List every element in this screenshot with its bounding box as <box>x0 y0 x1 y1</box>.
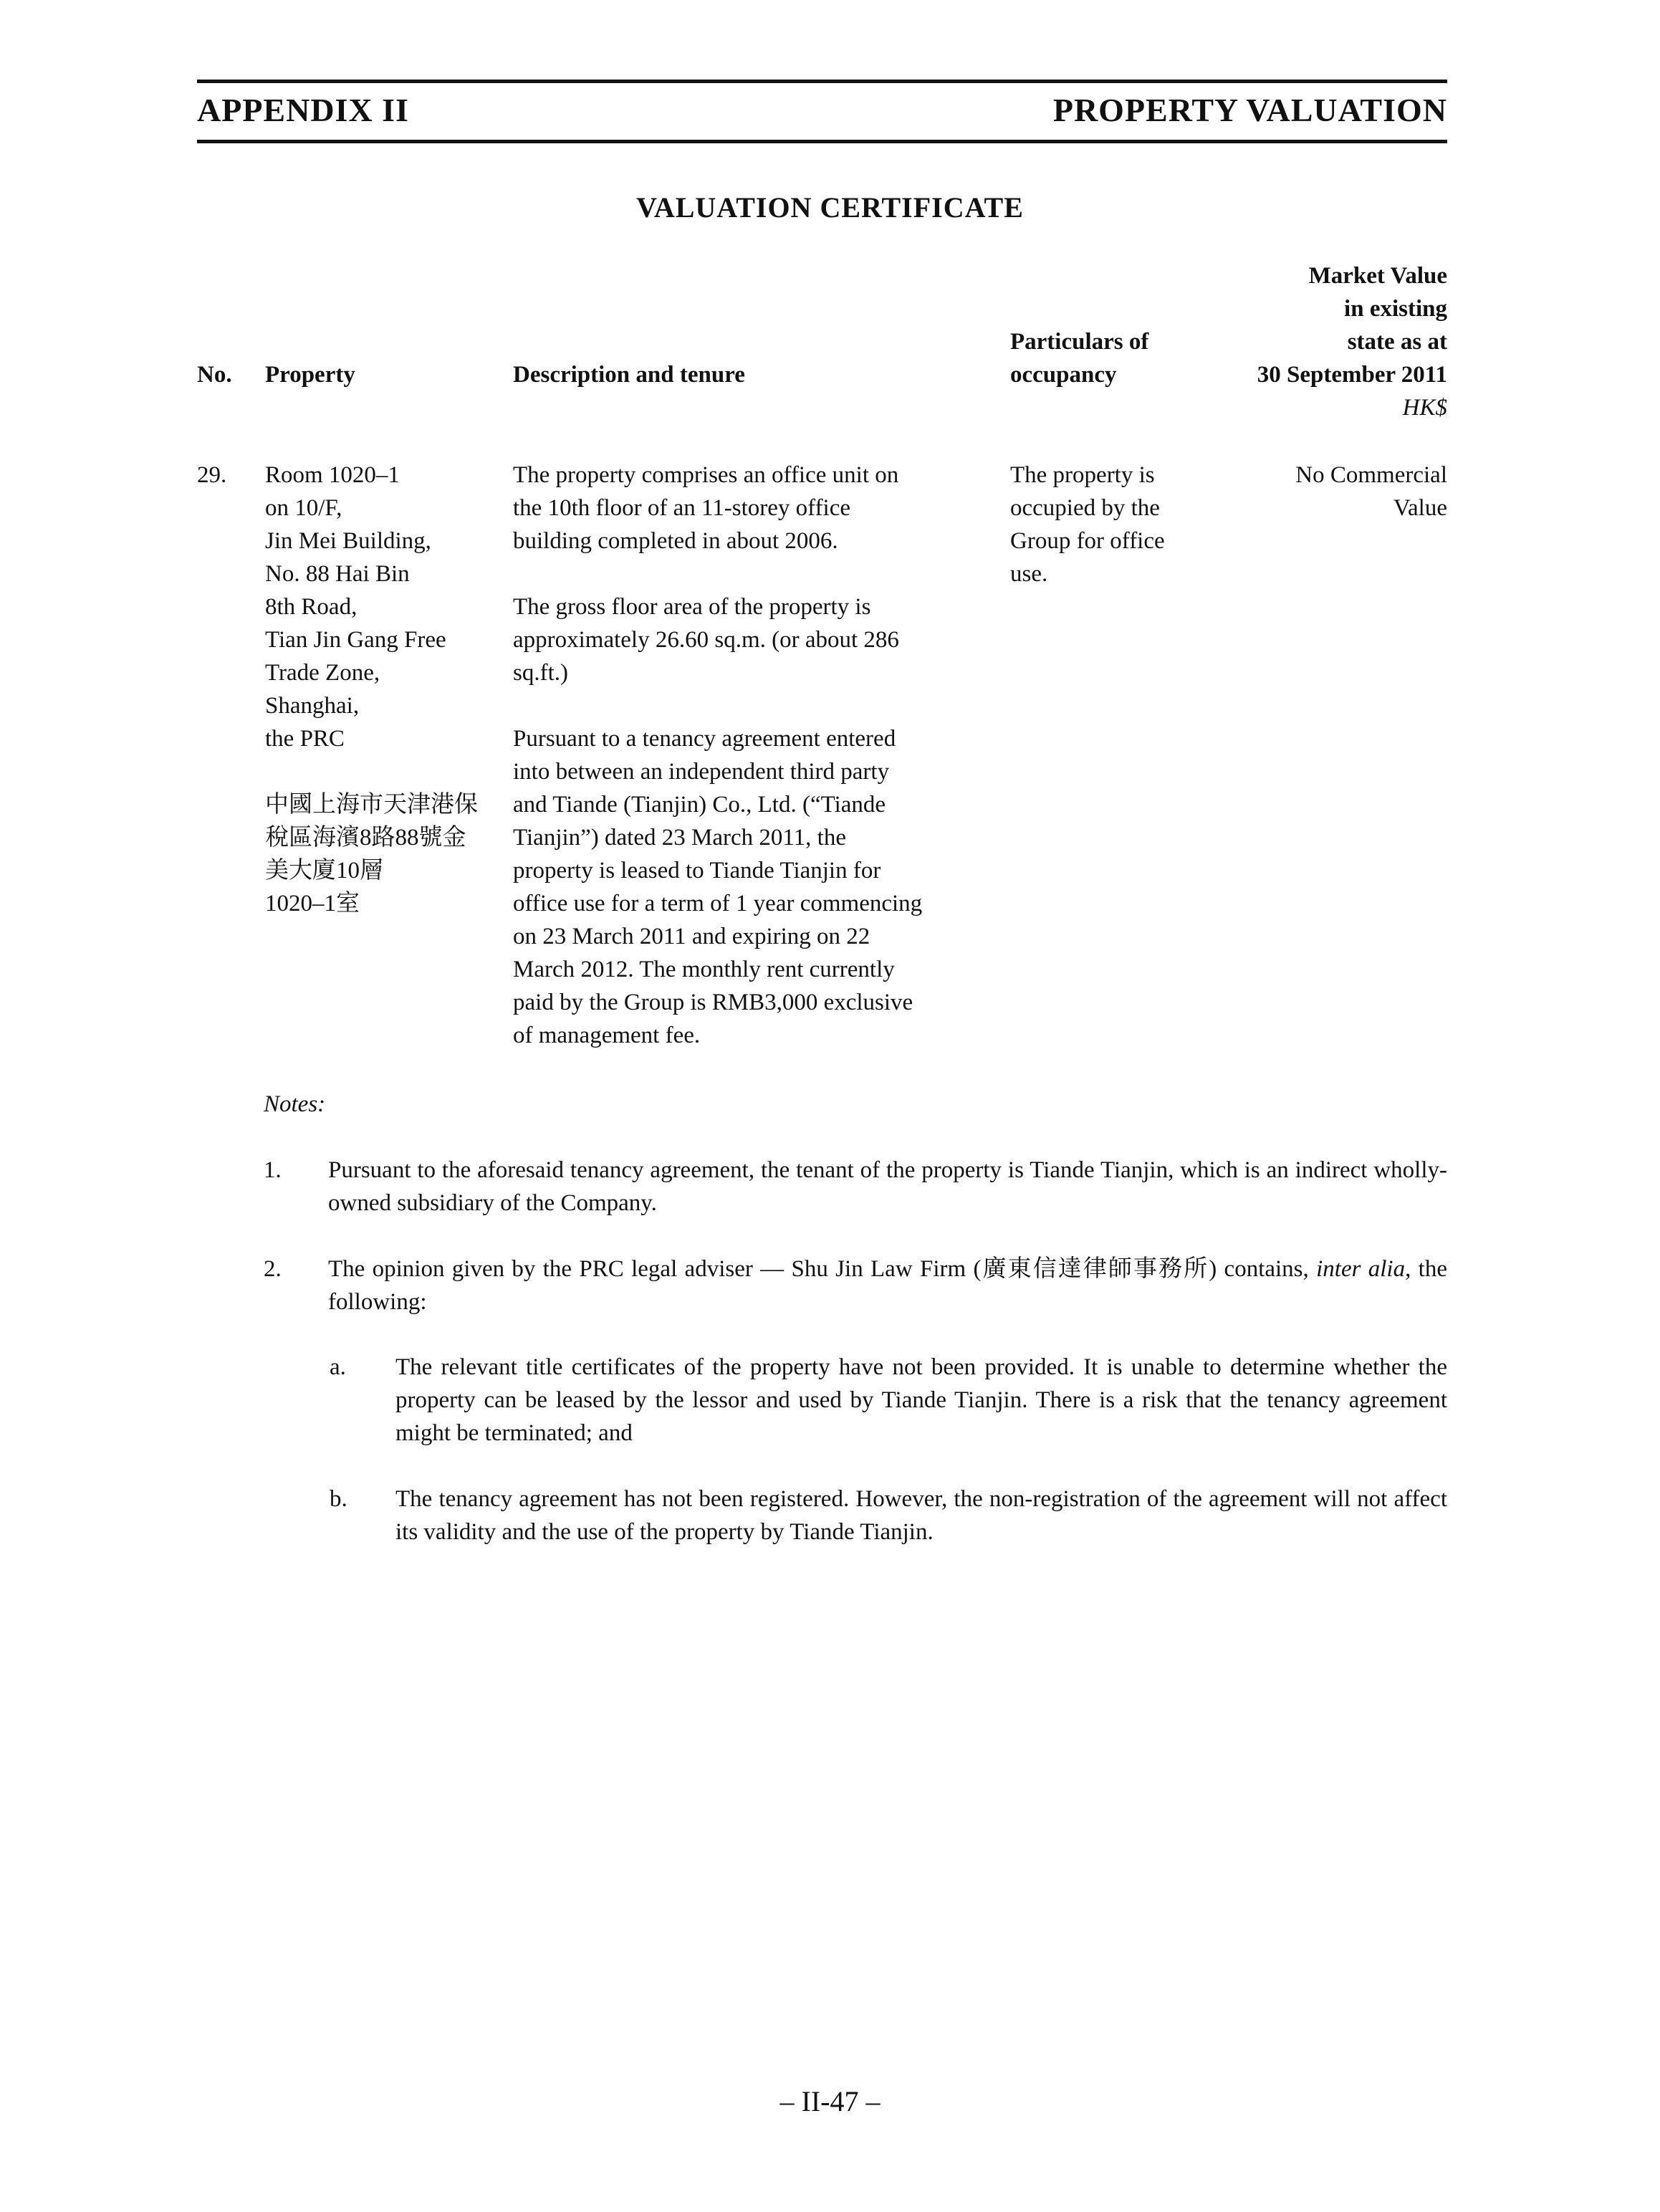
column-header-description: Description and tenure <box>513 358 1000 391</box>
sub-note-text: The tenancy agreement has not been regis… <box>395 1483 1447 1548</box>
sub-note-item: a. The relevant title certificates of th… <box>330 1351 1447 1450</box>
sub-note-text: The relevant title certificates of the p… <box>395 1351 1447 1450</box>
column-header-property: Property <box>265 358 502 391</box>
sub-note-letter: b. <box>330 1483 347 1516</box>
inter-alia: inter alia <box>1316 1256 1405 1282</box>
notes-label: Notes: <box>264 1088 325 1121</box>
note-number: 2. <box>264 1253 282 1285</box>
column-header-no: No. <box>197 358 232 391</box>
sub-note-letter: a. <box>330 1351 346 1384</box>
property-description: The property comprises an office unit on… <box>513 459 1000 1052</box>
description-paragraph: Pursuant to a tenancy agreement entered … <box>513 722 1000 1052</box>
market-value: No Commercial Value <box>1189 459 1447 525</box>
row-number: 29. <box>197 459 226 492</box>
description-paragraph: The property comprises an office unit on… <box>513 459 1000 557</box>
note-text: The opinion given by the PRC legal advis… <box>328 1253 1447 1318</box>
header-bottom-rule <box>197 140 1447 143</box>
page-title: VALUATION CERTIFICATE <box>0 188 1660 228</box>
note-item: 2. The opinion given by the PRC legal ad… <box>264 1253 1447 1318</box>
appendix-label: APPENDIX II <box>197 89 409 132</box>
header-top-rule <box>197 80 1447 83</box>
sub-note-item: b. The tenancy agreement has not been re… <box>330 1483 1447 1548</box>
column-header-market-value: Market Value in existing state as at 30 … <box>1189 259 1447 424</box>
note-item: 1. Pursuant to the aforesaid tenancy agr… <box>264 1154 1447 1220</box>
property-address: Room 1020–1 on 10/F, Jin Mei Building, N… <box>265 459 502 920</box>
currency-label: HK$ <box>1189 391 1447 424</box>
section-title: PROPERTY VALUATION <box>1053 89 1447 132</box>
page-number: – II-47 – <box>0 2084 1660 2120</box>
occupancy-details: The property is occupied by the Group fo… <box>1010 459 1218 590</box>
property-address-chinese: 中國上海市天津港保 <box>265 788 502 821</box>
note-text: Pursuant to the aforesaid tenancy agreem… <box>328 1154 1447 1220</box>
description-paragraph: The gross floor area of the property is … <box>513 590 1000 689</box>
note-number: 1. <box>264 1154 282 1187</box>
column-header-occupancy: Particulars of occupancy <box>1010 325 1218 391</box>
